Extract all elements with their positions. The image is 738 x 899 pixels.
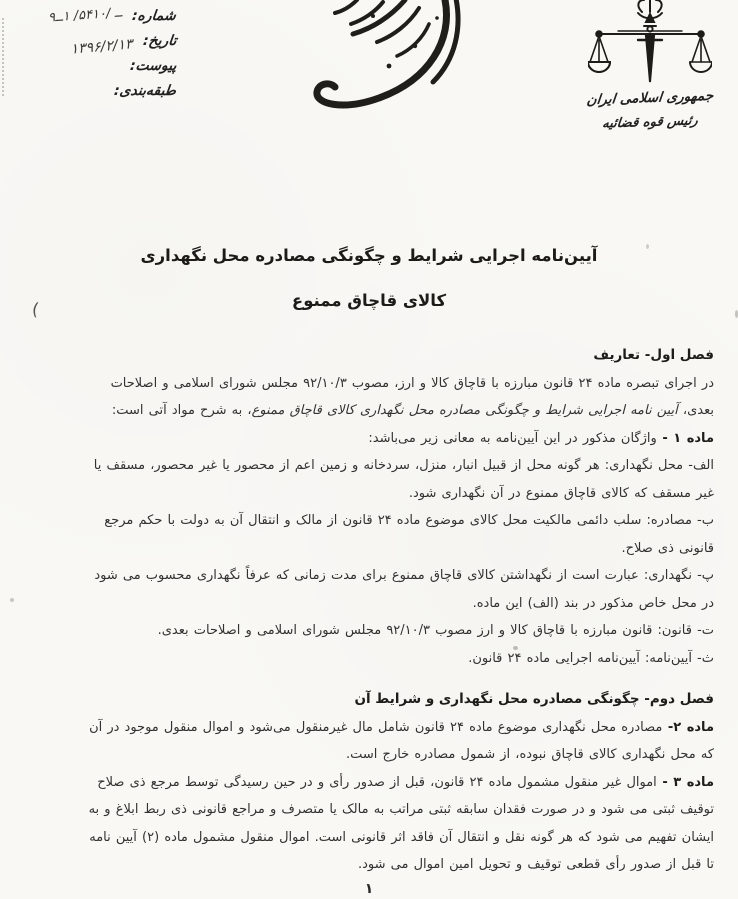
body-line: در اجرای تبصره ماده ۲۴ قانون مبارزه با ق… <box>28 370 714 398</box>
text-run: ماده ۲- <box>662 720 714 735</box>
text-run: پ- نگهداری: عبارت است از نگهداشتن کالای … <box>94 568 714 583</box>
section-heading: فصل دوم- چگونگی مصادره محل نگهداری و شرا… <box>28 686 714 714</box>
text-run: تا قبل از صدور رأی قطعی توقیف و تحویل ام… <box>358 857 714 872</box>
field-attachment: پیوست: <box>6 58 176 83</box>
text-run: ، به شرح مواد آتی است: <box>112 403 252 418</box>
body-line: بعدی، آیین نامه اجرایی شرایط و چگونگی مص… <box>28 397 714 425</box>
text-run: ماده ۳ - <box>657 775 714 790</box>
text-run: ب- مصادره: سلب دائمی مالکیت محل کالای مو… <box>104 513 714 528</box>
text-run: در اجرای تبصره ماده ۲۴ قانون مبارزه با ق… <box>111 376 714 391</box>
letterhead-fields: شماره: ۹ــ /۵۴۱۰/ ۱ــ تاریخ: ۱۳۹۶/۲/۱۳ پ… <box>6 8 176 108</box>
document-title: آیین‌نامه اجرایی شرایط و چگونگی مصادره م… <box>0 233 738 323</box>
scan-speck <box>646 244 649 249</box>
number-label: شماره: <box>131 8 176 24</box>
text-run: مصادره محل نگهداری موضوع ماده ۲۴ قانون ش… <box>89 720 662 735</box>
scan-edge-artifact <box>2 18 6 96</box>
text-run: که محل نگهداری کالای قاچاق نبوده، از شمو… <box>346 747 714 762</box>
scanned-document-page: شماره: ۹ــ /۵۴۱۰/ ۱ــ تاریخ: ۱۳۹۶/۲/۱۳ پ… <box>0 0 738 899</box>
text-run: ث- آیین‌نامه: آیین‌نامه اجرایی ماده ۲۴ ق… <box>468 651 714 666</box>
date-value: ۱۳۹۶/۲/۱۳ <box>70 36 133 57</box>
text-run: ماده ۱ - <box>657 431 714 446</box>
number-value: ۹ــ /۵۴۱۰/ ۱ــ <box>48 5 123 25</box>
page-number: ۱ <box>0 881 738 897</box>
field-classification: طبقه‌بندی: <box>6 83 176 108</box>
body-line: که محل نگهداری کالای قاچاق نبوده، از شمو… <box>28 741 714 769</box>
body-line: قانونی ذی صلاح. <box>28 535 714 563</box>
body-line: پ- نگهداری: عبارت است از نگهداشتن کالای … <box>28 562 714 590</box>
judiciary-head-caption: رئیس قوه قضائیه <box>564 112 736 133</box>
body-line: توقیف ثبتی می شود و در صورت فقدان سابقه … <box>28 796 714 824</box>
text-run: ت- قانون: قانون مبارزه با قاچاق کالا و ا… <box>158 623 714 638</box>
title-line-1: آیین‌نامه اجرایی شرایط و چگونگی مصادره م… <box>0 233 738 278</box>
document-body: فصل اول- تعاریفدر اجرای تبصره ماده ۲۴ قا… <box>28 342 714 879</box>
bismillah-calligraphy-icon <box>287 0 472 130</box>
text-run: آیین نامه اجرایی شرایط و چگونگی مصادره م… <box>252 403 678 418</box>
scales-of-justice-icon <box>588 0 712 86</box>
body-line: تا قبل از صدور رأی قطعی توقیف و تحویل ام… <box>28 851 714 879</box>
country-name: جمهوری اسلامی ایران <box>564 87 736 109</box>
text-run: الف- محل نگهداری: هر گونه محل از قبیل ان… <box>94 458 714 473</box>
field-number: شماره: ۹ــ /۵۴۱۰/ ۱ــ <box>6 8 176 33</box>
text-run: قانونی ذی صلاح. <box>621 541 714 556</box>
text-run: غیر مسقف که کالای قاچاق ممنوع در آن نگهد… <box>409 486 714 501</box>
scan-speck <box>10 598 14 602</box>
title-line-2: کالای قاچاق ممنوع <box>0 278 738 323</box>
body-line: ماده ۱ - واژگان مذکور در این آیین‌نامه ب… <box>28 425 714 453</box>
body-line: ایشان تفهیم می شود که هر گونه نقل و انتق… <box>28 824 714 852</box>
judiciary-header: جمهوری اسلامی ایران رئیس قوه قضائیه <box>565 0 735 130</box>
body-line: ث- آیین‌نامه: آیین‌نامه اجرایی ماده ۲۴ ق… <box>28 645 714 673</box>
text-run: در محل خاص مذکور در بند (الف) این ماده. <box>473 596 714 611</box>
classification-label: طبقه‌بندی: <box>113 83 177 99</box>
text-run: واژگان مذکور در این آیین‌نامه به معانی ز… <box>368 431 656 446</box>
body-line: الف- محل نگهداری: هر گونه محل از قبیل ان… <box>28 452 714 480</box>
text-run: اموال غیر منقول مشمول ماده ۲۴ قانون، قبل… <box>97 775 657 790</box>
body-line: ب- مصادره: سلب دائمی مالکیت محل کالای مو… <box>28 507 714 535</box>
body-line: در محل خاص مذکور در بند (الف) این ماده. <box>28 590 714 618</box>
field-date: تاریخ: ۱۳۹۶/۲/۱۳ <box>6 33 176 58</box>
body-line: غیر مسقف که کالای قاچاق ممنوع در آن نگهد… <box>28 480 714 508</box>
text-run: توقیف ثبتی می شود و در صورت فقدان سابقه … <box>89 802 714 817</box>
body-line: ماده ۲- مصادره محل نگهداری موضوع ماده ۲۴… <box>28 714 714 742</box>
body-line: ت- قانون: قانون مبارزه با قاچاق کالا و ا… <box>28 617 714 645</box>
body-line: ماده ۳ - اموال غیر منقول مشمول ماده ۲۴ ق… <box>28 769 714 797</box>
scan-speck <box>513 646 518 650</box>
date-label: تاریخ: <box>142 33 177 49</box>
text-run: بعدی، <box>678 403 714 418</box>
section-heading: فصل اول- تعاریف <box>28 342 714 370</box>
attachment-label: پیوست: <box>129 58 177 74</box>
text-run: ایشان تفهیم می شود که هر گونه نقل و انتق… <box>89 830 714 845</box>
